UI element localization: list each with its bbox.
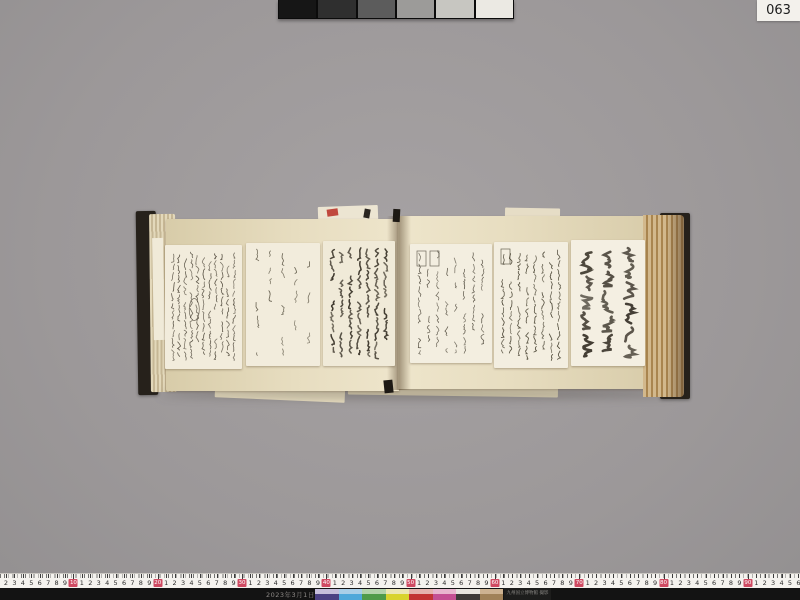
ruler-number: 5 bbox=[619, 579, 623, 588]
ruler-number: 3 bbox=[12, 579, 16, 588]
ruler-number: 1 bbox=[501, 579, 505, 588]
grayscale-patch bbox=[436, 0, 473, 18]
ruler-number: 6 bbox=[459, 579, 463, 588]
ruler-cm-tick bbox=[706, 574, 707, 578]
ruler-number: 3 bbox=[771, 579, 775, 588]
ruler-number: 10 bbox=[69, 579, 78, 587]
ruler-number: 1 bbox=[586, 579, 590, 588]
ruler-cm-tick bbox=[714, 574, 715, 578]
ruler-cm-tick bbox=[301, 574, 302, 578]
ruler-number: 3 bbox=[687, 579, 691, 588]
ruler-number: 4 bbox=[527, 579, 531, 588]
ruler-cm-tick bbox=[697, 574, 698, 578]
ruler-cm-tick bbox=[731, 574, 732, 578]
loose-sheet-edge-left bbox=[152, 238, 165, 340]
ruler-number: 60 bbox=[490, 579, 499, 587]
ruler-cm-tick bbox=[31, 574, 32, 578]
ruler-number: 4 bbox=[274, 579, 278, 588]
ruler-cm-tick bbox=[503, 574, 504, 578]
gutter-mark-top bbox=[393, 209, 401, 222]
ruler-number: 6 bbox=[291, 579, 295, 588]
ruler-cm-tick bbox=[259, 574, 260, 578]
ruler-number: 8 bbox=[55, 579, 59, 588]
ruler-cm-tick bbox=[739, 574, 740, 578]
ruler-number: 7 bbox=[383, 579, 387, 588]
ruler-number: 6 bbox=[206, 579, 210, 588]
ruler-number: 4 bbox=[695, 579, 699, 588]
ruler-number: 3 bbox=[518, 579, 522, 588]
ruler-number: 8 bbox=[476, 579, 480, 588]
ruler-number: 5 bbox=[451, 579, 455, 588]
ruler-number: 1 bbox=[670, 579, 674, 588]
ruler-number: 5 bbox=[704, 579, 708, 588]
ruler-number: 2 bbox=[763, 579, 767, 588]
photo-number-label: 063 bbox=[757, 0, 800, 21]
ruler-number: 5 bbox=[788, 579, 792, 588]
ruler-number: 4 bbox=[105, 579, 109, 588]
ruler-number: 3 bbox=[350, 579, 354, 588]
ruler-number: 5 bbox=[535, 579, 539, 588]
color-patch bbox=[456, 589, 480, 600]
grayscale-patch bbox=[397, 0, 434, 18]
ruler-number: 2 bbox=[678, 579, 682, 588]
ruler-cm-tick bbox=[453, 574, 454, 578]
ruler-cm-tick bbox=[141, 574, 142, 578]
ruler-cm-tick bbox=[655, 574, 656, 578]
handwriting-simulation bbox=[410, 244, 492, 363]
ruler-cm-tick bbox=[529, 574, 530, 578]
ruler-cm-tick bbox=[191, 574, 192, 578]
ruler-cm-tick bbox=[23, 574, 24, 578]
handwriting-simulation bbox=[246, 243, 320, 366]
ruler-number: 9 bbox=[316, 579, 320, 588]
ruler-number: 4 bbox=[189, 579, 193, 588]
ruler-cm-tick bbox=[588, 574, 589, 578]
ruler-number: 8 bbox=[645, 579, 649, 588]
ruler-cm-tick bbox=[99, 574, 100, 578]
ruler-cm-tick bbox=[461, 574, 462, 578]
ruler-number: 8 bbox=[139, 579, 143, 588]
handwriting-simulation bbox=[571, 240, 645, 366]
ruler-cm-tick bbox=[360, 574, 361, 578]
ruler-number: 5 bbox=[198, 579, 202, 588]
ruler-cm-tick bbox=[368, 574, 369, 578]
ruler-number: 3 bbox=[265, 579, 269, 588]
pasted-document-5 bbox=[494, 242, 568, 368]
ruler-number: 6 bbox=[712, 579, 716, 588]
ruler-cm-tick bbox=[6, 574, 7, 578]
ruler-number: 2 bbox=[510, 579, 514, 588]
ruler-cm-tick bbox=[335, 574, 336, 578]
ruler-number: 1 bbox=[80, 579, 84, 588]
ruler-cm-tick bbox=[82, 574, 83, 578]
archival-photograph: 063 234567891012345678920123456789301234… bbox=[0, 0, 800, 600]
color-patch bbox=[386, 589, 410, 600]
ruler-cm-tick bbox=[638, 574, 639, 578]
ruler-number: 7 bbox=[468, 579, 472, 588]
color-patch bbox=[315, 589, 339, 600]
ruler-cm-tick bbox=[773, 574, 774, 578]
ruler-cm-tick bbox=[166, 574, 167, 578]
ruler-cm-tick bbox=[647, 574, 648, 578]
ruler-number: 6 bbox=[628, 579, 632, 588]
ruler-number: 3 bbox=[97, 579, 101, 588]
handwriting-simulation bbox=[165, 245, 242, 369]
ruler-number: 7 bbox=[636, 579, 640, 588]
date-stamp: 2023年3月1日 bbox=[266, 590, 315, 599]
ruler-cm-tick bbox=[40, 574, 41, 578]
grayscale-calibration-bar bbox=[278, 0, 514, 19]
ruler-number: 8 bbox=[392, 579, 396, 588]
ruler-number: 1 bbox=[417, 579, 421, 588]
ruler-cm-tick bbox=[175, 574, 176, 578]
color-calibration-strip: 2023年3月1日 九州国立博物館 撮影 bbox=[0, 588, 800, 600]
color-patch-row bbox=[315, 589, 503, 600]
ruler-number: 8 bbox=[223, 579, 227, 588]
color-patch bbox=[362, 589, 386, 600]
ruler-number: 9 bbox=[569, 579, 573, 588]
ruler-cm-tick bbox=[394, 574, 395, 578]
ruler-number: 6 bbox=[375, 579, 379, 588]
ruler-number: 90 bbox=[743, 579, 752, 587]
ruler-number: 9 bbox=[737, 579, 741, 588]
ruler-cm-tick bbox=[90, 574, 91, 578]
ruler-number: 1 bbox=[248, 579, 252, 588]
ruler-number: 2 bbox=[425, 579, 429, 588]
ruler-cm-tick bbox=[124, 574, 125, 578]
grayscale-patch bbox=[318, 0, 355, 18]
ruler-cm-tick bbox=[217, 574, 218, 578]
ruler-number: 4 bbox=[21, 579, 25, 588]
ruler-number: 4 bbox=[779, 579, 783, 588]
ruler-number: 9 bbox=[147, 579, 151, 588]
ruler-number: 6 bbox=[122, 579, 126, 588]
ruler-cm-tick bbox=[116, 574, 117, 578]
ruler-number: 7 bbox=[130, 579, 134, 588]
pasted-document-2 bbox=[246, 243, 320, 366]
ruler-cm-tick bbox=[723, 574, 724, 578]
ruler-number: 9 bbox=[232, 579, 236, 588]
pasted-document-6 bbox=[571, 240, 645, 366]
ruler-number: 5 bbox=[29, 579, 33, 588]
color-patch bbox=[409, 589, 433, 600]
grayscale-patch bbox=[358, 0, 395, 18]
ruler-cm-tick bbox=[689, 574, 690, 578]
gutter-mark-bottom bbox=[383, 380, 393, 394]
ruler-cm-tick bbox=[132, 574, 133, 578]
ruler-number: 7 bbox=[552, 579, 556, 588]
ruler-cm-tick bbox=[276, 574, 277, 578]
ruler-number: 9 bbox=[653, 579, 657, 588]
ruler-number: 8 bbox=[729, 579, 733, 588]
ruler-cm-tick bbox=[554, 574, 555, 578]
grayscale-patch bbox=[476, 0, 513, 18]
ruler-number: 9 bbox=[63, 579, 67, 588]
ruler-number: 1 bbox=[754, 579, 758, 588]
ruler-number: 2 bbox=[257, 579, 261, 588]
ruler-cm-tick bbox=[284, 574, 285, 578]
ruler-number: 5 bbox=[366, 579, 370, 588]
ruler-number: 20 bbox=[153, 579, 162, 587]
ruler-cm-tick bbox=[309, 574, 310, 578]
ruler-number: 5 bbox=[114, 579, 118, 588]
handwriting-simulation bbox=[494, 242, 568, 368]
ruler-number: 3 bbox=[181, 579, 185, 588]
ruler-number: 6 bbox=[543, 579, 547, 588]
ruler-number: 9 bbox=[400, 579, 404, 588]
measurement-ruler: 2345678910123456789201234567893012345678… bbox=[0, 573, 800, 589]
ruler-number: 2 bbox=[4, 579, 8, 588]
ruler-cm-tick bbox=[377, 574, 378, 578]
ruler-cm-tick bbox=[318, 574, 319, 578]
ruler-cm-tick bbox=[782, 574, 783, 578]
ruler-cm-tick bbox=[402, 574, 403, 578]
ruler-cm-tick bbox=[487, 574, 488, 578]
ruler-cm-tick bbox=[57, 574, 58, 578]
ruler-number: 3 bbox=[434, 579, 438, 588]
ruler-cm-tick bbox=[200, 574, 201, 578]
ruler-number: 9 bbox=[484, 579, 488, 588]
ruler-number: 4 bbox=[358, 579, 362, 588]
ruler-number: 30 bbox=[238, 579, 247, 587]
ruler-cm-tick bbox=[107, 574, 108, 578]
ruler-cm-tick bbox=[419, 574, 420, 578]
ruler-number: 2 bbox=[88, 579, 92, 588]
pasted-document-4 bbox=[410, 244, 492, 363]
ruler-number: 5 bbox=[282, 579, 286, 588]
ruler-cm-tick bbox=[798, 574, 799, 578]
color-patch bbox=[339, 589, 363, 600]
ruler-cm-tick bbox=[596, 574, 597, 578]
ruler-cm-tick bbox=[183, 574, 184, 578]
ruler-cm-tick bbox=[605, 574, 606, 578]
ruler-number: 1 bbox=[333, 579, 337, 588]
ruler-number: 8 bbox=[560, 579, 564, 588]
ruler-number: 1 bbox=[164, 579, 168, 588]
ruler-cm-tick bbox=[267, 574, 268, 578]
ruler-cm-tick bbox=[562, 574, 563, 578]
ruler-cm-tick bbox=[48, 574, 49, 578]
ruler-cm-tick bbox=[225, 574, 226, 578]
ruler-number: 6 bbox=[796, 579, 800, 588]
ruler-cm-tick bbox=[790, 574, 791, 578]
ruler-cm-tick bbox=[613, 574, 614, 578]
ruler-cm-tick bbox=[571, 574, 572, 578]
ruler-cm-tick bbox=[546, 574, 547, 578]
ruler-cm-tick bbox=[672, 574, 673, 578]
ruler-cm-tick bbox=[478, 574, 479, 578]
color-patch bbox=[480, 589, 504, 600]
ruler-number: 4 bbox=[442, 579, 446, 588]
grayscale-patch bbox=[279, 0, 316, 18]
ruler-cm-tick bbox=[208, 574, 209, 578]
ruler-number: 2 bbox=[594, 579, 598, 588]
ruler-cm-tick bbox=[621, 574, 622, 578]
ruler-cm-tick bbox=[470, 574, 471, 578]
handwriting-simulation bbox=[323, 241, 395, 366]
ruler-cm-tick bbox=[765, 574, 766, 578]
ruler-number: 4 bbox=[611, 579, 615, 588]
ruler-number: 40 bbox=[322, 579, 331, 587]
ruler-number: 7 bbox=[720, 579, 724, 588]
museum-credit: 九州国立博物館 撮影 bbox=[504, 588, 551, 600]
ruler-cm-tick bbox=[14, 574, 15, 578]
ruler-cm-tick bbox=[436, 574, 437, 578]
ruler-number: 7 bbox=[299, 579, 303, 588]
ruler-cm-tick bbox=[149, 574, 150, 578]
ruler-cm-tick bbox=[680, 574, 681, 578]
ruler-cm-tick bbox=[234, 574, 235, 578]
ruler-cm-tick bbox=[65, 574, 66, 578]
ruler-number: 80 bbox=[659, 579, 668, 587]
ruler-number: 8 bbox=[307, 579, 311, 588]
ruler-cm-tick bbox=[630, 574, 631, 578]
ruler-cm-tick bbox=[428, 574, 429, 578]
ruler-cm-tick bbox=[250, 574, 251, 578]
page-stack-right bbox=[643, 215, 684, 397]
ruler-number: 7 bbox=[215, 579, 219, 588]
ruler-number: 6 bbox=[38, 579, 42, 588]
ruler-number: 7 bbox=[46, 579, 50, 588]
pasted-document-3 bbox=[323, 241, 395, 366]
ruler-cm-tick bbox=[512, 574, 513, 578]
ruler-number: 50 bbox=[406, 579, 415, 587]
ruler-number: 3 bbox=[602, 579, 606, 588]
pasted-document-1 bbox=[165, 245, 242, 369]
ruler-cm-tick bbox=[385, 574, 386, 578]
ruler-cm-tick bbox=[520, 574, 521, 578]
ruler-cm-tick bbox=[352, 574, 353, 578]
ruler-number: 2 bbox=[341, 579, 345, 588]
ruler-cm-tick bbox=[293, 574, 294, 578]
ruler-cm-tick bbox=[756, 574, 757, 578]
ruler-cm-tick bbox=[537, 574, 538, 578]
ruler-cm-tick bbox=[343, 574, 344, 578]
ruler-cm-tick bbox=[444, 574, 445, 578]
ruler-number: 2 bbox=[173, 579, 177, 588]
ruler-number: 70 bbox=[575, 579, 584, 587]
color-patch bbox=[433, 589, 457, 600]
